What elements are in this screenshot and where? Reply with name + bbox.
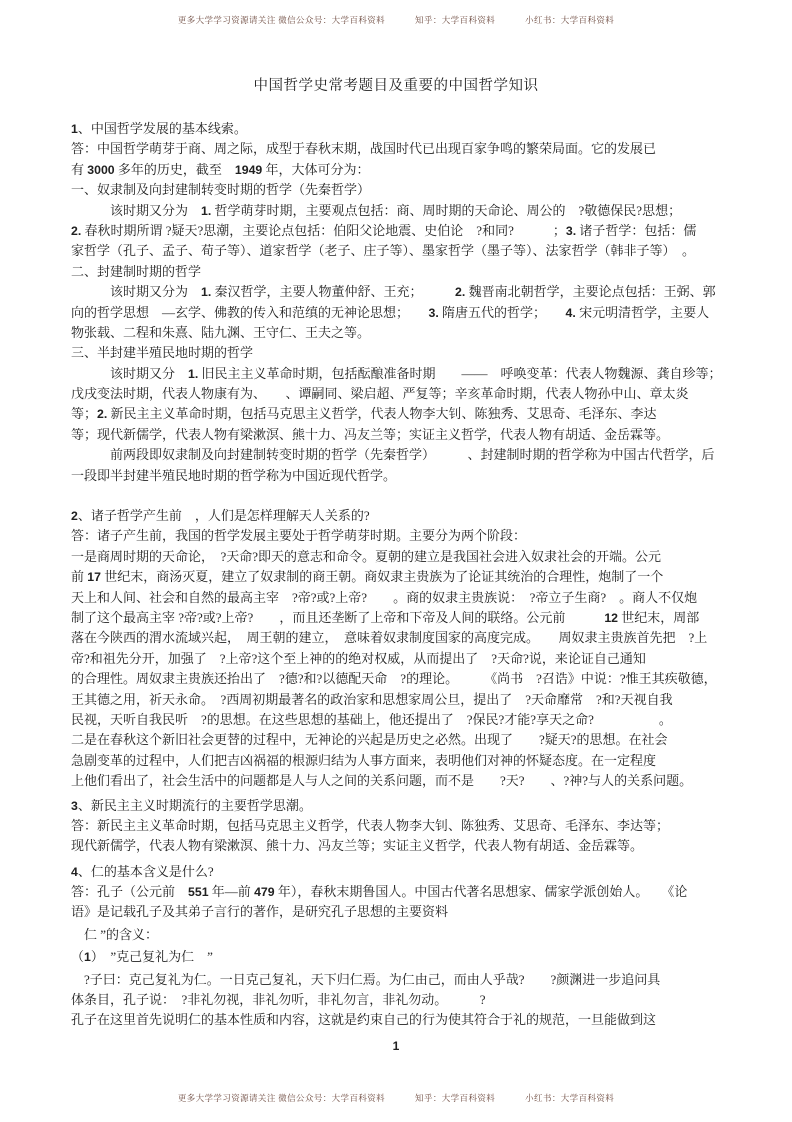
text-line: 一、奴隶制及向封建制转变时期的哲学（先秦哲学） xyxy=(71,180,751,200)
text-line: 家哲学（孔子、孟子、荀子等）、道家哲学（老子、庄子等）、墨家哲学（墨子等）、法家… xyxy=(71,241,751,261)
text-line: 仁 ”的含义： xyxy=(71,925,751,945)
text-line: 落在今陕西的渭水流域兴起， 周王朝的建立， 意味着奴隶制度国家的高度完成。 周奴… xyxy=(71,628,751,648)
text-line: 二、封建制时期的哲学 xyxy=(71,262,751,282)
footer-note-wechat: 更多大学学习资源请关注 微信公众号：大学百科资料 xyxy=(178,1092,385,1104)
text-line: 答：中国哲学萌芽于商、周之际，成型于春秋末期，战国时代已出现百家争鸣的繁荣局面。… xyxy=(71,139,751,159)
text-line: 向的哲学思想 —玄学、佛教的传入和范缜的无神论思想； 3. 隋唐五代的哲学； 4… xyxy=(71,303,751,323)
text-line: 答：孔子（公元前 551 年—前 479 年），春秋末期鲁国人。中国古代著名思想… xyxy=(71,882,751,902)
text-line: 有 3000 多年的历史，截至 1949 年，大体可分为： xyxy=(71,160,751,180)
text-line: 语》是记载孔子及其弟子言行的著作，是研究孔子思想的主要资料 xyxy=(71,902,751,922)
text-line: 现代新儒学，代表人物有梁漱溟、熊十力、冯友兰等；实证主义哲学，代表人物有胡适、金… xyxy=(71,836,751,856)
text-line: 等；2. 新民主主义革命时期，包括马克思主义哲学，代表人物李大钊、陈独秀、艾思奇… xyxy=(71,404,751,424)
page-number: 1 xyxy=(0,1039,792,1053)
text-line: （1） ”克己复礼为仁 ” xyxy=(71,947,751,967)
text-line: 三、半封建半殖民地时期的哲学 xyxy=(71,343,751,363)
text-line: 物张载、二程和朱熹、陆九渊、王守仁、王夫之等。 xyxy=(71,323,751,343)
text-line: ?子曰：克己复礼为仁。一日克己复礼，天下归仁焉。为仁由己，而由人乎哉? ?颜渊进… xyxy=(71,970,751,990)
header: 更多大学学习资源请关注 微信公众号：大学百科资料 知乎：大学百科资料 小红书：大… xyxy=(0,14,792,26)
text-line: 孔子在这里首先说明仁的基本性质和内容，这就是约束自己的行为使其符合于礼的规范，一… xyxy=(71,1010,751,1030)
text-line: 民视，天听自我民听 ?的思想。在这些思想的基础上，他还提出了 ?保民?才能?享天… xyxy=(71,710,751,730)
text-line: 答：诸子产生前，我国的哲学发展主要处于哲学萌芽时期。主要分为两个阶段： xyxy=(71,526,751,546)
footer-note-zhihu: 知乎：大学百科资料 xyxy=(415,1092,495,1104)
text-line: 4、仁的基本含义是什么? xyxy=(71,862,751,882)
text-line: 3、新民主主义时期流行的主要哲学思潮。 xyxy=(71,796,751,816)
text-line: 天上和人间、社会和自然的最高主宰 ?帝?或?上帝? 。商的奴隶主贵族说： ?帝立… xyxy=(71,588,751,608)
text-line: 前 17 世纪末，商汤灭夏，建立了奴隶制的商王朝。商奴隶主贵族为了论证其统治的合… xyxy=(71,567,751,587)
text-line: 该时期又分 1. 旧民主主义革命时期，包括酝酿准备时期 —— 呼唤变革：代表人物… xyxy=(71,364,751,384)
text-line: 答：新民主主义革命时期，包括马克思主义哲学，代表人物李大钊、陈独秀、艾思奇、毛泽… xyxy=(71,816,751,836)
text-line: 王其德之用，祈天永命。 ?西周初期最著名的政治家和思想家周公旦，提出了 ?天命靡… xyxy=(71,690,751,710)
document-page: 更多大学学习资源请关注 微信公众号：大学百科资料 知乎：大学百科资料 小红书：大… xyxy=(0,0,792,1122)
text-line: 1、中国哲学发展的基本线索。 xyxy=(71,119,751,139)
text-line: 帝?和祖先分开，加强了 ?上帝?这个至上神的的绝对权威，从而提出了 ?天命?说，… xyxy=(71,649,751,669)
header-note-zhihu: 知乎：大学百科资料 xyxy=(415,14,495,26)
header-note-xiaohongshu: 小红书：大学百科资料 xyxy=(525,14,614,26)
text-line: 二是在春秋这个新旧社会更替的过程中，无神论的兴起是历史之必然。出现了 ?疑天?的… xyxy=(71,730,751,750)
text-line: 前两段即奴隶制及向封建制转变时期的哲学（先秦哲学） 、封建制时期的哲学称为中国古… xyxy=(71,445,751,465)
document-body: 1、中国哲学发展的基本线索。答：中国哲学萌芽于商、周之际，成型于春秋末期，战国时… xyxy=(71,119,751,1031)
footer-note-xiaohongshu: 小红书：大学百科资料 xyxy=(525,1092,614,1104)
page-title: 中国哲学史常考题目及重要的中国哲学知识 xyxy=(0,74,792,95)
text-line: 一是商周时期的天命论， ?天命?即天的意志和命令。夏朝的建立是我国社会进入奴隶社… xyxy=(71,547,751,567)
text-line: 该时期又分为 1. 哲学萌芽时期，主要观点包括：商、周时期的天命论、周公的 ?敬… xyxy=(71,201,751,221)
text-line: 一段即半封建半殖民地时期的哲学称为中国近现代哲学。 xyxy=(71,466,751,486)
text-line: 急剧变革的过程中，人们把吉凶祸福的根源归结为人事方面来，表明他们对神的怀疑态度。… xyxy=(71,751,751,771)
text-line: 的合理性。周奴隶主贵族还抬出了 ?德?和?以德配天命 ?的理论。 《尚书 ?召诰… xyxy=(71,669,751,689)
text-line: 上他们看出了，社会生活中的问题都是人与人之间的关系问题，而不是 ?天? 、?神?… xyxy=(71,771,751,791)
text-line: 等；现代新儒学，代表人物有梁漱溟、熊十力、冯友兰等；实证主义哲学，代表人物有胡适… xyxy=(71,425,751,445)
text-line: 该时期又分为 1. 秦汉哲学，主要人物董仲舒、王充； 2. 魏晋南北朝哲学，主要… xyxy=(71,282,751,302)
text-line: 2、诸子哲学产生前 ，人们是怎样理解天人关系的? xyxy=(71,506,751,526)
footer: 更多大学学习资源请关注 微信公众号：大学百科资料 知乎：大学百科资料 小红书：大… xyxy=(0,1092,792,1104)
text-line: 制了这个最高主宰 ?帝?或?上帝? ，而且还垄断了上帝和下帝及人间的联络。公元前… xyxy=(71,608,751,628)
header-note-wechat: 更多大学学习资源请关注 微信公众号：大学百科资料 xyxy=(178,14,385,26)
text-line: 体条目，孔子说： ?非礼勿视，非礼勿听，非礼勿言，非礼勿动。 ? xyxy=(71,990,751,1010)
text-line: 2. 春秋时期所谓 ?疑天?思潮，主要论点包括：伯阳父论地震、史伯论 ?和同? … xyxy=(71,221,751,241)
text-line: 戊戌变法时期，代表人物康有为、 、谭嗣同、梁启超、严复等；辛亥革命时期，代表人物… xyxy=(71,384,751,404)
